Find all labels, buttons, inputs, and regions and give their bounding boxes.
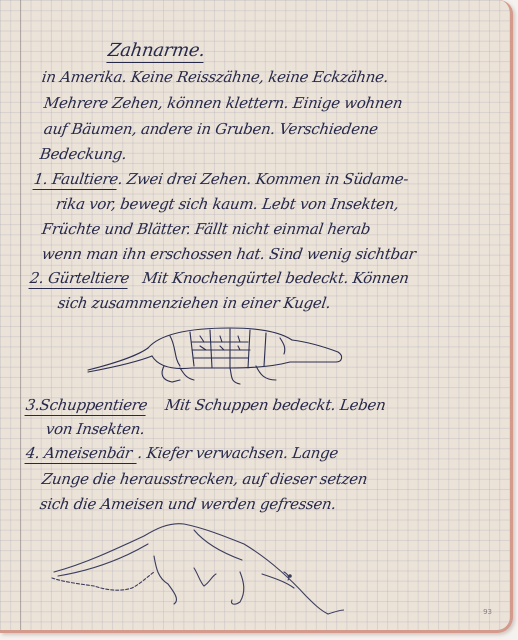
section-text: . Zwei drei Zehen. Kommen in Südame- — [117, 170, 410, 188]
intro-line: in Amerika. Keine Reisszähne, keine Eckz… — [41, 68, 390, 86]
armadillo-drawing — [80, 318, 360, 390]
section-heading: 3.Schuppentiere — [24, 396, 148, 416]
section-text: Mit Schuppen bedeckt. Leben — [164, 396, 387, 414]
section-line: Früchte und Blätter. Fällt nicht einmal … — [41, 220, 372, 238]
section-heading: 1. Faultiere — [32, 170, 119, 190]
page-title: Zahnarme. — [106, 40, 206, 63]
section-text: . Kiefer verwachsen. Lange — [137, 444, 340, 462]
notebook-page: Zahnarme. in Amerika. Keine Reisszähne, … — [0, 0, 513, 633]
section-faultiere: 1. Faultiere. Zwei drei Zehen. Kommen in… — [33, 170, 410, 188]
margin-line — [20, 0, 21, 630]
section-text: Mit Knochengürtel bedeckt. Können — [141, 269, 410, 287]
section-line: Zunge die herausstrecken, auf dieser set… — [41, 470, 369, 488]
section-ameisenbaer: 4. Ameisenbär. Kiefer verwachsen. Lange — [25, 444, 340, 462]
section-guerteltiere: 2. Gürteltiere Mit Knochengürtel bedeckt… — [29, 269, 410, 287]
section-line: sich zusammenziehen in einer Kugel. — [57, 294, 332, 312]
section-heading: 4. Ameisenbär — [24, 444, 139, 464]
section-heading: 2. Gürteltiere — [28, 269, 130, 289]
section-line: sich die Ameisen und werden gefressen. — [39, 495, 337, 513]
intro-line: auf Bäumen, andere in Gruben. Verschiede… — [43, 120, 379, 138]
anteater-drawing — [44, 512, 344, 616]
section-line: von Insekten. — [45, 420, 146, 438]
section-schuppentiere: 3.Schuppentiere Mit Schuppen bedeckt. Le… — [25, 396, 387, 414]
intro-line: Bedeckung. — [39, 145, 128, 163]
intro-line: Mehrere Zehen, können klettern. Einige w… — [43, 94, 404, 112]
page-number: 93 — [483, 608, 492, 616]
section-line: wenn man ihn erschossen hat. Sind wenig … — [41, 245, 417, 263]
section-line: rika vor, bewegt sich kaum. Lebt von Ins… — [55, 195, 400, 213]
